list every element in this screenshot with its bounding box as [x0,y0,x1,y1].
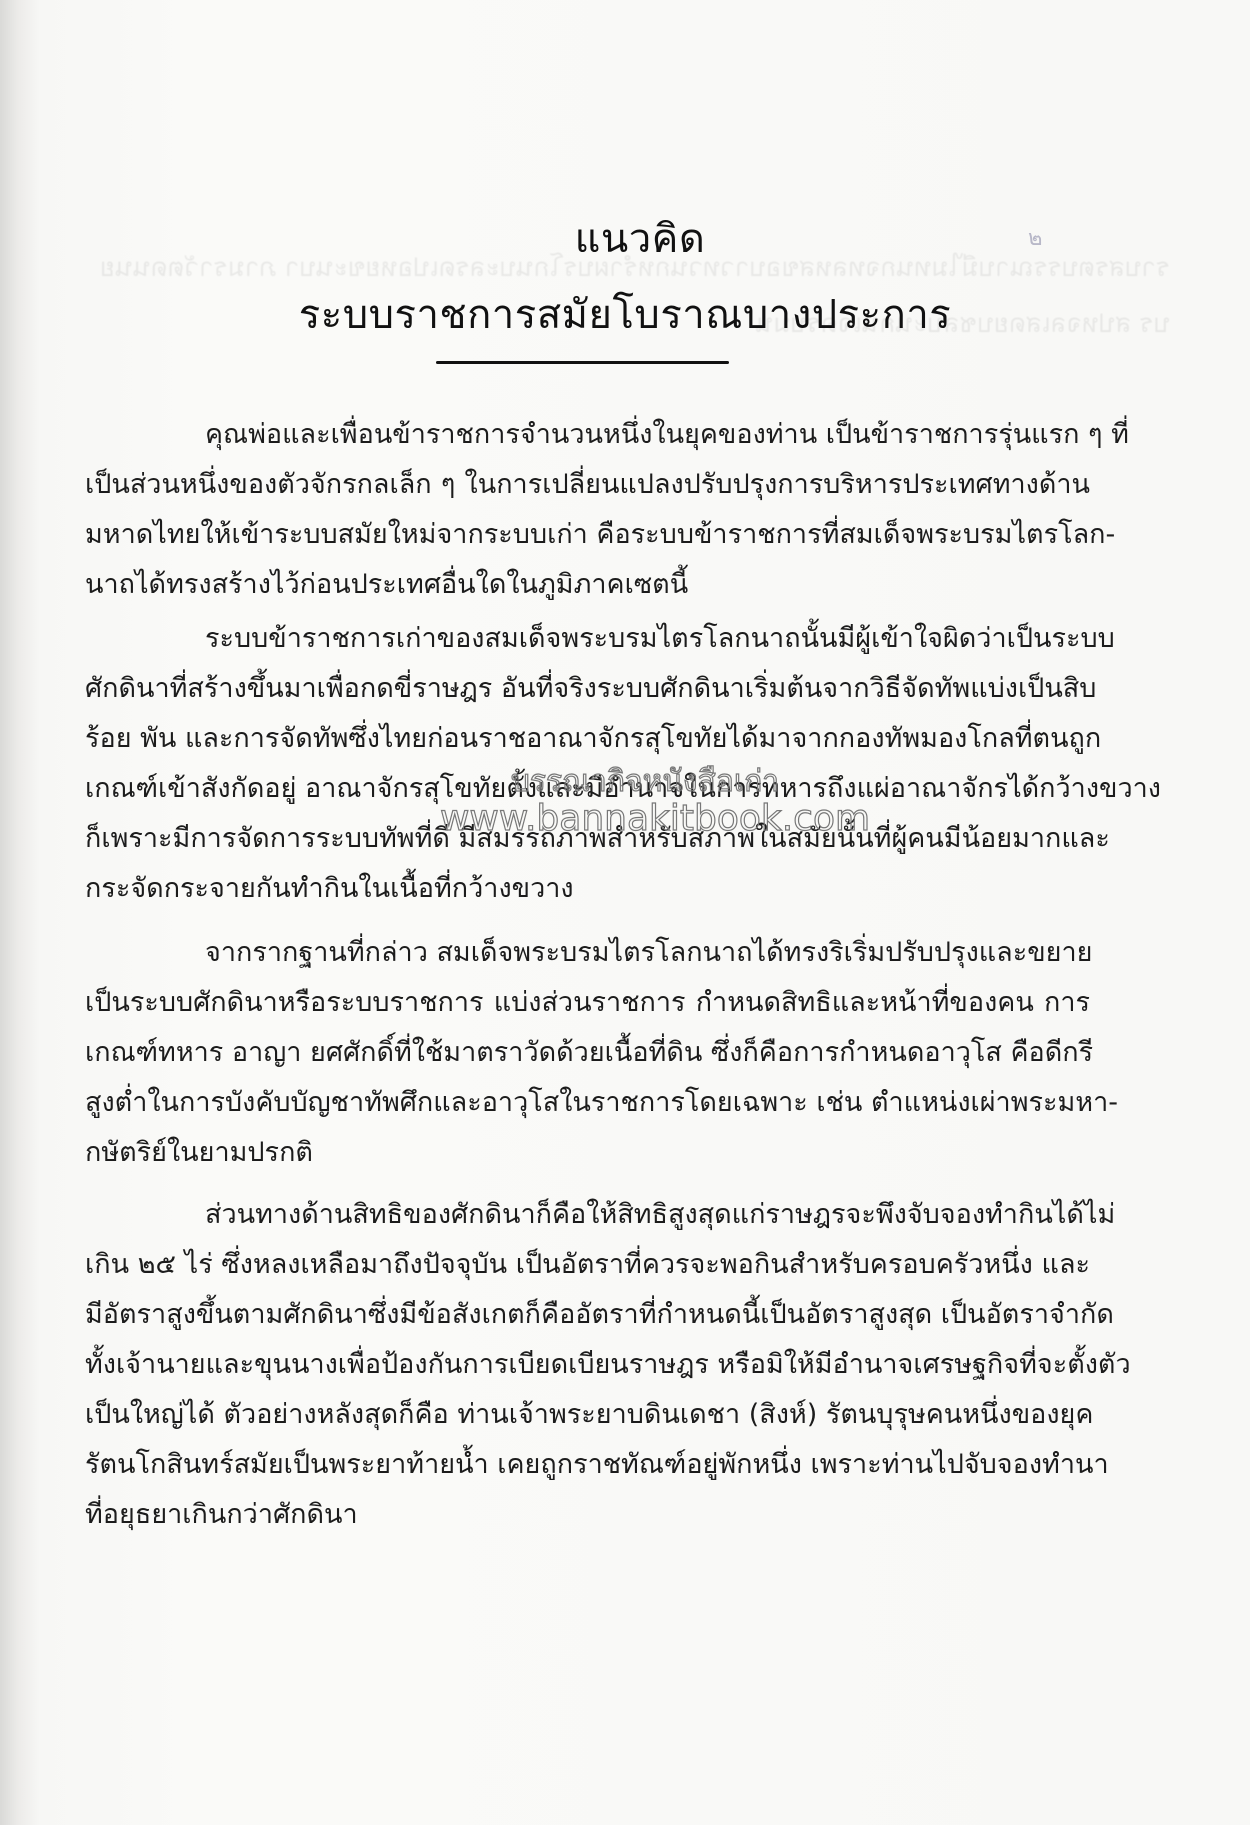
text-line: ส่วนทางด้านสิทธิของศักดินาก็คือให้สิทธิส… [85,1190,1090,1240]
text-line: ที่อยุธยาเกินกว่าศักดินา [85,1490,1090,1540]
text-line: เกิน ๒๕ ไร่ ซึ่งหลงเหลือมาถึงปัจจุบัน เป… [85,1240,1090,1290]
paragraph-4: ส่วนทางด้านสิทธิของศักดินาก็คือให้สิทธิส… [85,1190,1090,1540]
text-line: เป็นใหญ่ได้ ตัวอย่างหลังสุดก็คือ ท่านเจ้… [85,1390,1090,1440]
text-line: เกณฑ์เข้าสังกัดอยู่ อาณาจักรสุโขทัยตั้งแ… [85,764,1090,814]
text-line: รัตนโกสินทร์สมัยเป็นพระยาท้ายน้ำ เคยถูกร… [85,1440,1090,1490]
text-line: ระบบข้าราชการเก่าของสมเด็จพระบรมไตรโลกนา… [85,614,1090,664]
text-line: กษัตริย์ในยามปรกติ [85,1128,1090,1178]
text-line: กระจัดกระจายกันทำกินในเนื้อที่กว้างขวาง [85,864,1090,914]
page-subtitle: ระบบราชการสมัยโบราณบางประการ [0,282,1250,346]
text-line: ร้อย พัน และการจัดทัพซึ่งไทยก่อนราชอาณาจ… [85,714,1090,764]
text-line: เป็นระบบศักดินาหรือระบบราชการ แบ่งส่วนรา… [85,978,1090,1028]
text-line: ศักดินาที่สร้างขึ้นมาเพื่อกดขี่ราษฎร อัน… [85,664,1090,714]
text-line: ก็เพราะมีการจัดการระบบทัพที่ดี มีสมรรถภา… [85,814,1090,864]
book-page: ราบสรตบรรณาบมีไมทนกจทลหสขอบาวทวนกหรำผบรโ… [0,0,1250,1825]
paragraph-1: คุณพ่อและเพื่อนข้าราชการจำนวนหนึ่งในยุคข… [85,410,1090,610]
paragraph-3: จากรากฐานที่กล่าว สมเด็จพระบรมไตรโลกนาถไ… [85,928,1090,1178]
text-line: มีอัตราสูงขึ้นตามศักดินาซึ่งมีข้อสังเกตก… [85,1290,1090,1340]
text-line: เกณฑ์ทหาร อาญา ยศศักดิ์ที่ใช้มาตราวัดด้ว… [85,1028,1090,1078]
text-line: นาถได้ทรงสร้างไว้ก่อนประเทศอื่นใดในภูมิภ… [85,560,1090,610]
text-line: สูงต่ำในการบังคับบัญชาทัพศึกและอาวุโสในร… [85,1078,1090,1128]
title-underline [436,361,729,364]
text-line: คุณพ่อและเพื่อนข้าราชการจำนวนหนึ่งในยุคข… [85,410,1090,460]
body-text: คุณพ่อและเพื่อนข้าราชการจำนวนหนึ่งในยุคข… [85,410,1090,1540]
text-line: มหาดไทยให้เข้าระบบสมัยใหม่จากระบบเก่า คื… [85,510,1090,560]
text-line: ทั้งเจ้านายและขุนนางเพื่อป้องกันการเบียด… [85,1340,1090,1390]
paragraph-2: ระบบข้าราชการเก่าของสมเด็จพระบรมไตรโลกนา… [85,614,1090,914]
page-title: แนวคิด [0,206,1250,270]
text-line: จากรากฐานที่กล่าว สมเด็จพระบรมไตรโลกนาถไ… [85,928,1090,978]
text-line: เป็นส่วนหนึ่งของตัวจักรกลเล็ก ๆ ในการเปล… [85,460,1090,510]
